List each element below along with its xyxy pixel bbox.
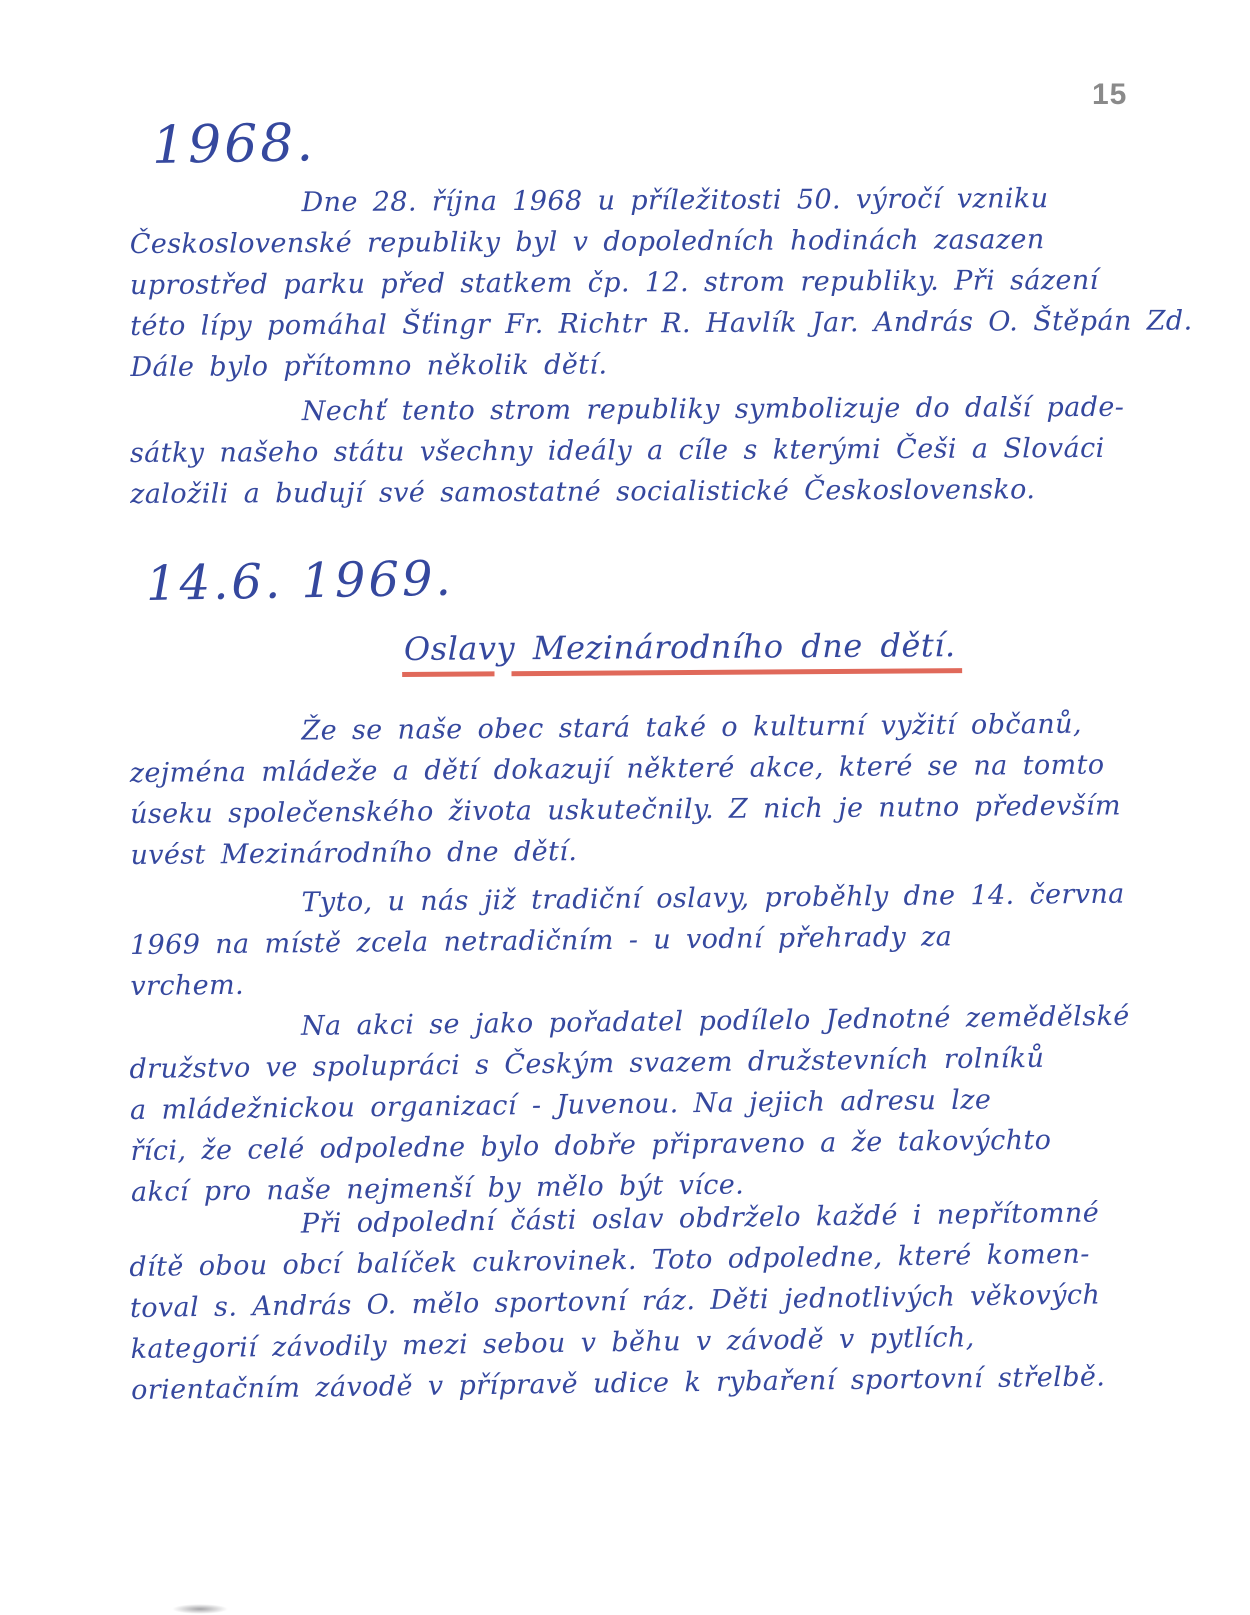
year-heading-1969: 14.6. 1969. bbox=[146, 551, 455, 612]
paragraph-tree-symbol: Nechť tento strom republiky symbolizuje … bbox=[130, 387, 1141, 515]
text-line: sátky našeho státu všechny ideály a cíle… bbox=[130, 428, 1140, 474]
ink-smudge bbox=[172, 1604, 228, 1614]
text-line: Nechť tento strom republiky symbolizuje … bbox=[302, 387, 1140, 432]
paragraph-afternoon-program: Při odpolední části oslav obdrželo každé… bbox=[129, 1192, 1142, 1411]
text-line: založili a budují své samostatné sociali… bbox=[130, 469, 1140, 515]
paragraph-organizers: Na akci se jako pořadatel podílelo Jedno… bbox=[129, 996, 1141, 1213]
page-number: 15 bbox=[1092, 78, 1127, 112]
chronicle-page: 15 1968. Dne 28. října 1968 u příležitos… bbox=[0, 0, 1250, 1615]
year-heading-1968: 1968. bbox=[151, 113, 316, 176]
text-line: Že se naše obec stará také o kulturní vy… bbox=[301, 703, 1139, 751]
text-line: Dne 28. října 1968 u příležitosti 50. vý… bbox=[301, 178, 1139, 223]
text-line: Československé republiky byl v dopolední… bbox=[130, 219, 1140, 265]
section-title-childrens-day: Oslavy Mezinárodního dne dětí. bbox=[402, 626, 962, 677]
paragraph-tree-planting: Dne 28. října 1968 u příležitosti 50. vý… bbox=[129, 178, 1140, 388]
text-line: uprostřed parku před statkem čp. 12. str… bbox=[130, 260, 1140, 306]
text-line: Tyto, u nás již tradiční oslavy, proběhl… bbox=[301, 873, 1139, 923]
text-line: uvést Mezinárodního dne dětí. bbox=[130, 826, 1140, 876]
paragraph-celebration-place: Tyto, u nás již tradiční oslavy, proběhl… bbox=[129, 873, 1140, 1007]
text-line: Dále bylo přítomno několik dětí. bbox=[130, 342, 1140, 388]
paragraph-culture-intro: Že se naše obec stará také o kulturní vy… bbox=[129, 703, 1140, 876]
text-line: této lípy pomáhal Šťingr Fr. Richtr R. H… bbox=[130, 301, 1140, 347]
